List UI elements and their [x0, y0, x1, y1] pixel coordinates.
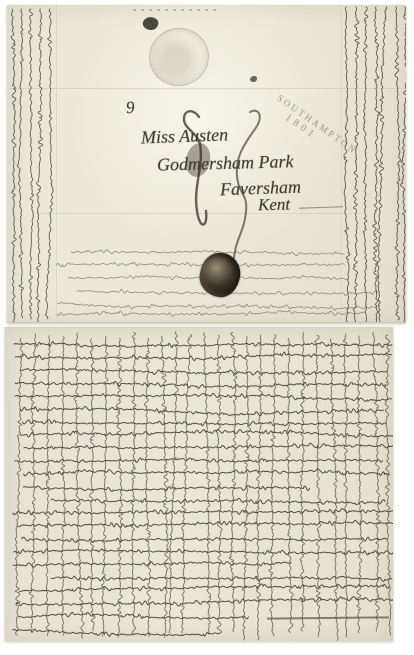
- letter-scan: 9 Miss Austen Godmersham Park Faversham …: [0, 0, 414, 655]
- address-line-estate: Godmersham Park: [157, 151, 294, 176]
- letter-outer-page: 9 Miss Austen Godmersham Park Faversham …: [7, 5, 406, 323]
- postal-rate-mark: 9: [125, 98, 135, 119]
- cross-writing-inner-page: [5, 328, 393, 641]
- pencil-inscription: [133, 9, 221, 11]
- address-line-recipient: Miss Austen: [141, 124, 229, 148]
- address-line-county: Kent: [258, 195, 290, 216]
- ink-blot-small: [250, 76, 257, 82]
- letter-inner-page: [5, 327, 393, 641]
